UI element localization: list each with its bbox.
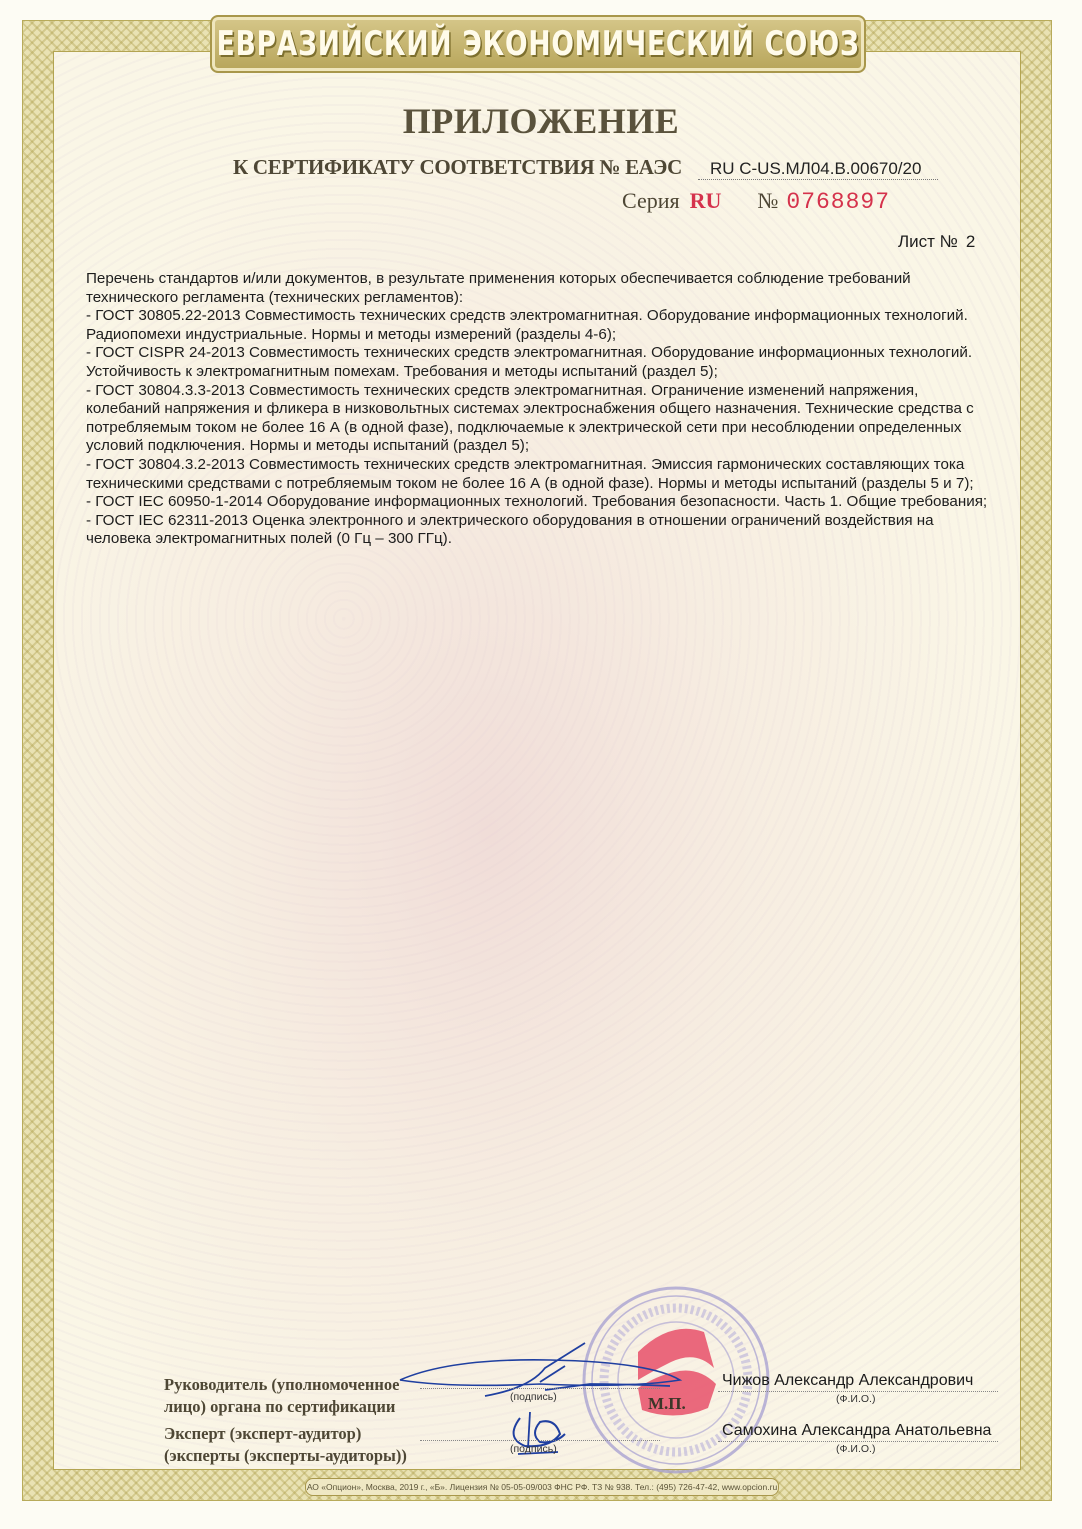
head-name: Чижов Александр Александрович bbox=[722, 1372, 973, 1390]
head-label: Руководитель (уполномоченное лицо) орган… bbox=[164, 1374, 399, 1418]
seal-label: М.П. bbox=[648, 1394, 686, 1414]
printer-info: АО «Опцион», Москва, 2019 г., «Б». Лицен… bbox=[305, 1478, 779, 1496]
series-value: RU bbox=[690, 188, 722, 214]
list-item: - ГОСТ CISPR 24-2013 Совместимость техни… bbox=[86, 344, 996, 381]
certificate-number: RU C-US.МЛ04.В.00670/20 bbox=[698, 159, 938, 180]
list-item: - ГОСТ IEC 60950-1-2014 Оборудование инф… bbox=[86, 493, 996, 512]
number-sign: № bbox=[757, 188, 778, 214]
head-fio-caption: (Ф.И.О.) bbox=[836, 1393, 875, 1405]
expert-fio-caption: (Ф.И.О.) bbox=[836, 1443, 875, 1455]
expert-label-line1: Эксперт (эксперт-аудитор) bbox=[164, 1423, 407, 1445]
expert-signature-caption: (подпись) bbox=[510, 1443, 557, 1455]
head-signature-caption: (подпись) bbox=[510, 1391, 557, 1403]
head-name-line bbox=[718, 1391, 998, 1392]
page-title: ПРИЛОЖЕНИЕ bbox=[0, 100, 1082, 142]
expert-label-line2: (эксперты (эксперты-аудиторы)) bbox=[164, 1445, 407, 1467]
head-label-line1: Руководитель (уполномоченное bbox=[164, 1374, 399, 1396]
series-label: Серия bbox=[622, 188, 680, 214]
standards-intro: Перечень стандартов и/или документов, в … bbox=[86, 270, 996, 307]
sheet-number: Лист №2 bbox=[898, 232, 975, 252]
series-line: Серия RU № 0768897 bbox=[622, 188, 890, 215]
certificate-body-area bbox=[53, 51, 1021, 1470]
expert-name: Самохина Александра Анатольевна bbox=[722, 1422, 991, 1440]
list-item: - ГОСТ 30804.3.2-2013 Совместимость техн… bbox=[86, 456, 996, 493]
list-item: - ГОСТ 30805.22-2013 Совместимость техни… bbox=[86, 307, 996, 344]
head-signature-line bbox=[420, 1388, 660, 1389]
certificate-line: К СЕРТИФИКАТУ СООТВЕТСТВИЯ № ЕАЭС RU C-U… bbox=[233, 155, 938, 180]
union-banner: ЕВРАЗИЙСКИЙ ЭКОНОМИЧЕСКИЙ СОЮЗ bbox=[210, 15, 866, 73]
expert-signature-line bbox=[420, 1440, 660, 1441]
list-item: - ГОСТ IEC 62311-2013 Оценка электронног… bbox=[86, 512, 996, 549]
head-label-line2: лицо) органа по сертификации bbox=[164, 1396, 399, 1418]
list-item: - ГОСТ 30804.3.3-2013 Совместимость техн… bbox=[86, 382, 996, 456]
union-banner-text: ЕВРАЗИЙСКИЙ ЭКОНОМИЧЕСКИЙ СОЮЗ bbox=[217, 24, 860, 64]
sheet-label: Лист № bbox=[898, 232, 958, 251]
form-number: 0768897 bbox=[786, 189, 890, 215]
standards-list: Перечень стандартов и/или документов, в … bbox=[86, 270, 996, 549]
expert-label: Эксперт (эксперт-аудитор) (эксперты (экс… bbox=[164, 1423, 407, 1467]
sheet-value: 2 bbox=[966, 232, 975, 251]
expert-name-line bbox=[718, 1441, 998, 1442]
certificate-label: К СЕРТИФИКАТУ СООТВЕТСТВИЯ № ЕАЭС bbox=[233, 155, 682, 180]
